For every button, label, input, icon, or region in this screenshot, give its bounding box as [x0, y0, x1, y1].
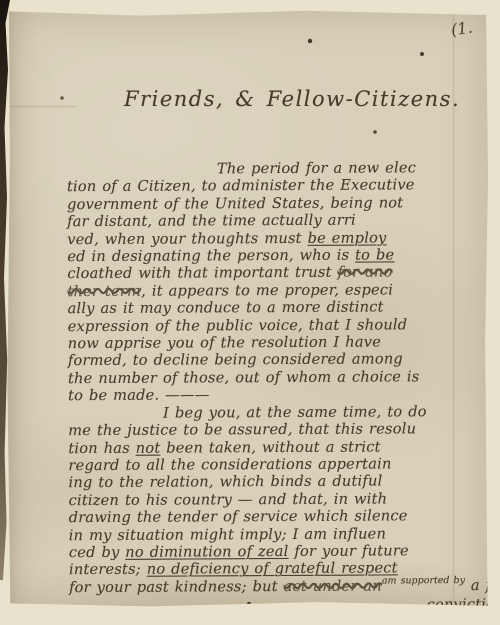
text-segment: expression of the public voice, that I s… [68, 316, 408, 335]
text-segment: ved, when your thoughts must [67, 229, 307, 247]
manuscript-line: government of the United States, being n… [67, 194, 495, 214]
text-segment: tion has [68, 439, 135, 456]
text-segment: for your past kindness; but [69, 578, 284, 596]
manuscript-line: The period for a new elec [67, 159, 495, 179]
manuscript-line: tion of a Citizen, to administer the Exe… [67, 176, 495, 196]
text-segment: formed, to decline being considered amon… [68, 351, 403, 370]
text-segment: tion of a Citizen, to administer the Exe… [67, 177, 415, 196]
page-number: (1. [450, 18, 474, 40]
manuscript-body: The period for a new election of a Citiz… [67, 159, 497, 616]
paper-crease-horizontal [6, 105, 76, 108]
manuscript-line: ally as it may conduce to a more distinc… [68, 298, 496, 318]
manuscript-line: I beg you, at the same time, to do [68, 403, 496, 423]
struck-text: for ano [337, 264, 392, 281]
text-segment: cloathed with that important trust [67, 264, 337, 282]
inserted-text: am supported by [382, 575, 465, 586]
struck-text: ther term [67, 283, 141, 300]
text-segment: the number of those, out of whom a choic… [68, 368, 420, 387]
manuscript-line: the number of those, out of whom a choic… [68, 368, 496, 388]
text-segment: ally as it may conduce to a more distinc… [68, 299, 384, 318]
manuscript-line: ing to the relation, which binds a dutif… [68, 472, 496, 492]
manuscript-line: cloathed with that important trust for a… [67, 263, 495, 283]
text-segment: regard to all the considerations apperta… [68, 455, 391, 474]
underlined-text: no diminution of zeal [125, 543, 288, 561]
manuscript-line: ed in designating the person, who is to … [67, 246, 495, 266]
manuscript-line: in my situation might imply; I am influe… [69, 524, 497, 544]
text-segment: been taken, without a strict [160, 438, 380, 456]
manuscript-page: (1. Friends, & Fellow-Citizens. The peri… [6, 9, 489, 613]
manuscript-line: far distant, and the time actually arri [67, 211, 495, 231]
text-segment: to be made. ——— [68, 387, 210, 405]
underlined-text: to be [355, 246, 394, 263]
text-segment: The period for a new elec [217, 159, 416, 177]
paragraph: The period for a new election of a Citiz… [67, 159, 496, 405]
struck-text: act under an [284, 577, 382, 595]
manuscript-line: now apprise you of the resolution I have [68, 333, 496, 353]
manuscript-line: citizen to his country — and that, in wi… [69, 490, 497, 510]
text-segment: convictio [427, 596, 496, 613]
manuscript-line: tion has not been taken, without a stric… [68, 437, 496, 457]
text-segment: , it appears to me proper, especi [141, 281, 393, 299]
underlined-text: no deficiency of grateful respect [147, 560, 398, 578]
manuscript-line: convictio [69, 596, 497, 616]
text-segment: in my situation might imply; I am influe… [69, 525, 386, 544]
text-segment: me the justice to be assured, that this … [68, 420, 416, 439]
manuscript-line: ced by no diminution of zeal for your fu… [69, 542, 497, 562]
manuscript-line: for your past kindness; but act under an… [69, 577, 497, 599]
underlined-text: not [136, 439, 161, 456]
text-segment: for your future [288, 542, 408, 560]
text-segment: drawing the tender of service which sile… [69, 507, 408, 526]
text-segment: government of the United States, being n… [67, 194, 403, 213]
manuscript-line: formed, to decline being considered amon… [68, 350, 496, 370]
underlined-text: be employ [308, 229, 387, 246]
manuscript-line: ther term, it appears to me proper, espe… [67, 281, 495, 301]
paragraph: I beg you, at the same time, to dome the… [68, 403, 497, 616]
manuscript-line: regard to all the considerations apperta… [68, 455, 496, 475]
manuscript-line: expression of the public voice, that I s… [68, 316, 496, 336]
document-heading: Friends, & Fellow-Citizens. [124, 87, 460, 111]
text-segment: ing to the relation, which binds a dutif… [68, 473, 382, 492]
manuscript-line: drawing the tender of service which sile… [69, 507, 497, 527]
text-segment: ed in designating the person, who is [67, 247, 355, 266]
text-segment: now apprise you of the resolution I have [68, 334, 381, 353]
text-segment: ced by [69, 544, 126, 561]
text-segment: I beg you, at the same time, to do [163, 403, 427, 421]
text-segment: interests; [69, 561, 147, 578]
manuscript-line: me the justice to be assured, that this … [68, 420, 496, 440]
manuscript-line: to be made. ——— [68, 385, 496, 405]
manuscript-line: ved, when your thoughts must be employ [67, 229, 495, 249]
text-segment: far distant, and the time actually arri [67, 212, 356, 231]
text-segment: a full [465, 577, 500, 594]
text-segment: citizen to his country — and that, in wi… [69, 490, 388, 509]
